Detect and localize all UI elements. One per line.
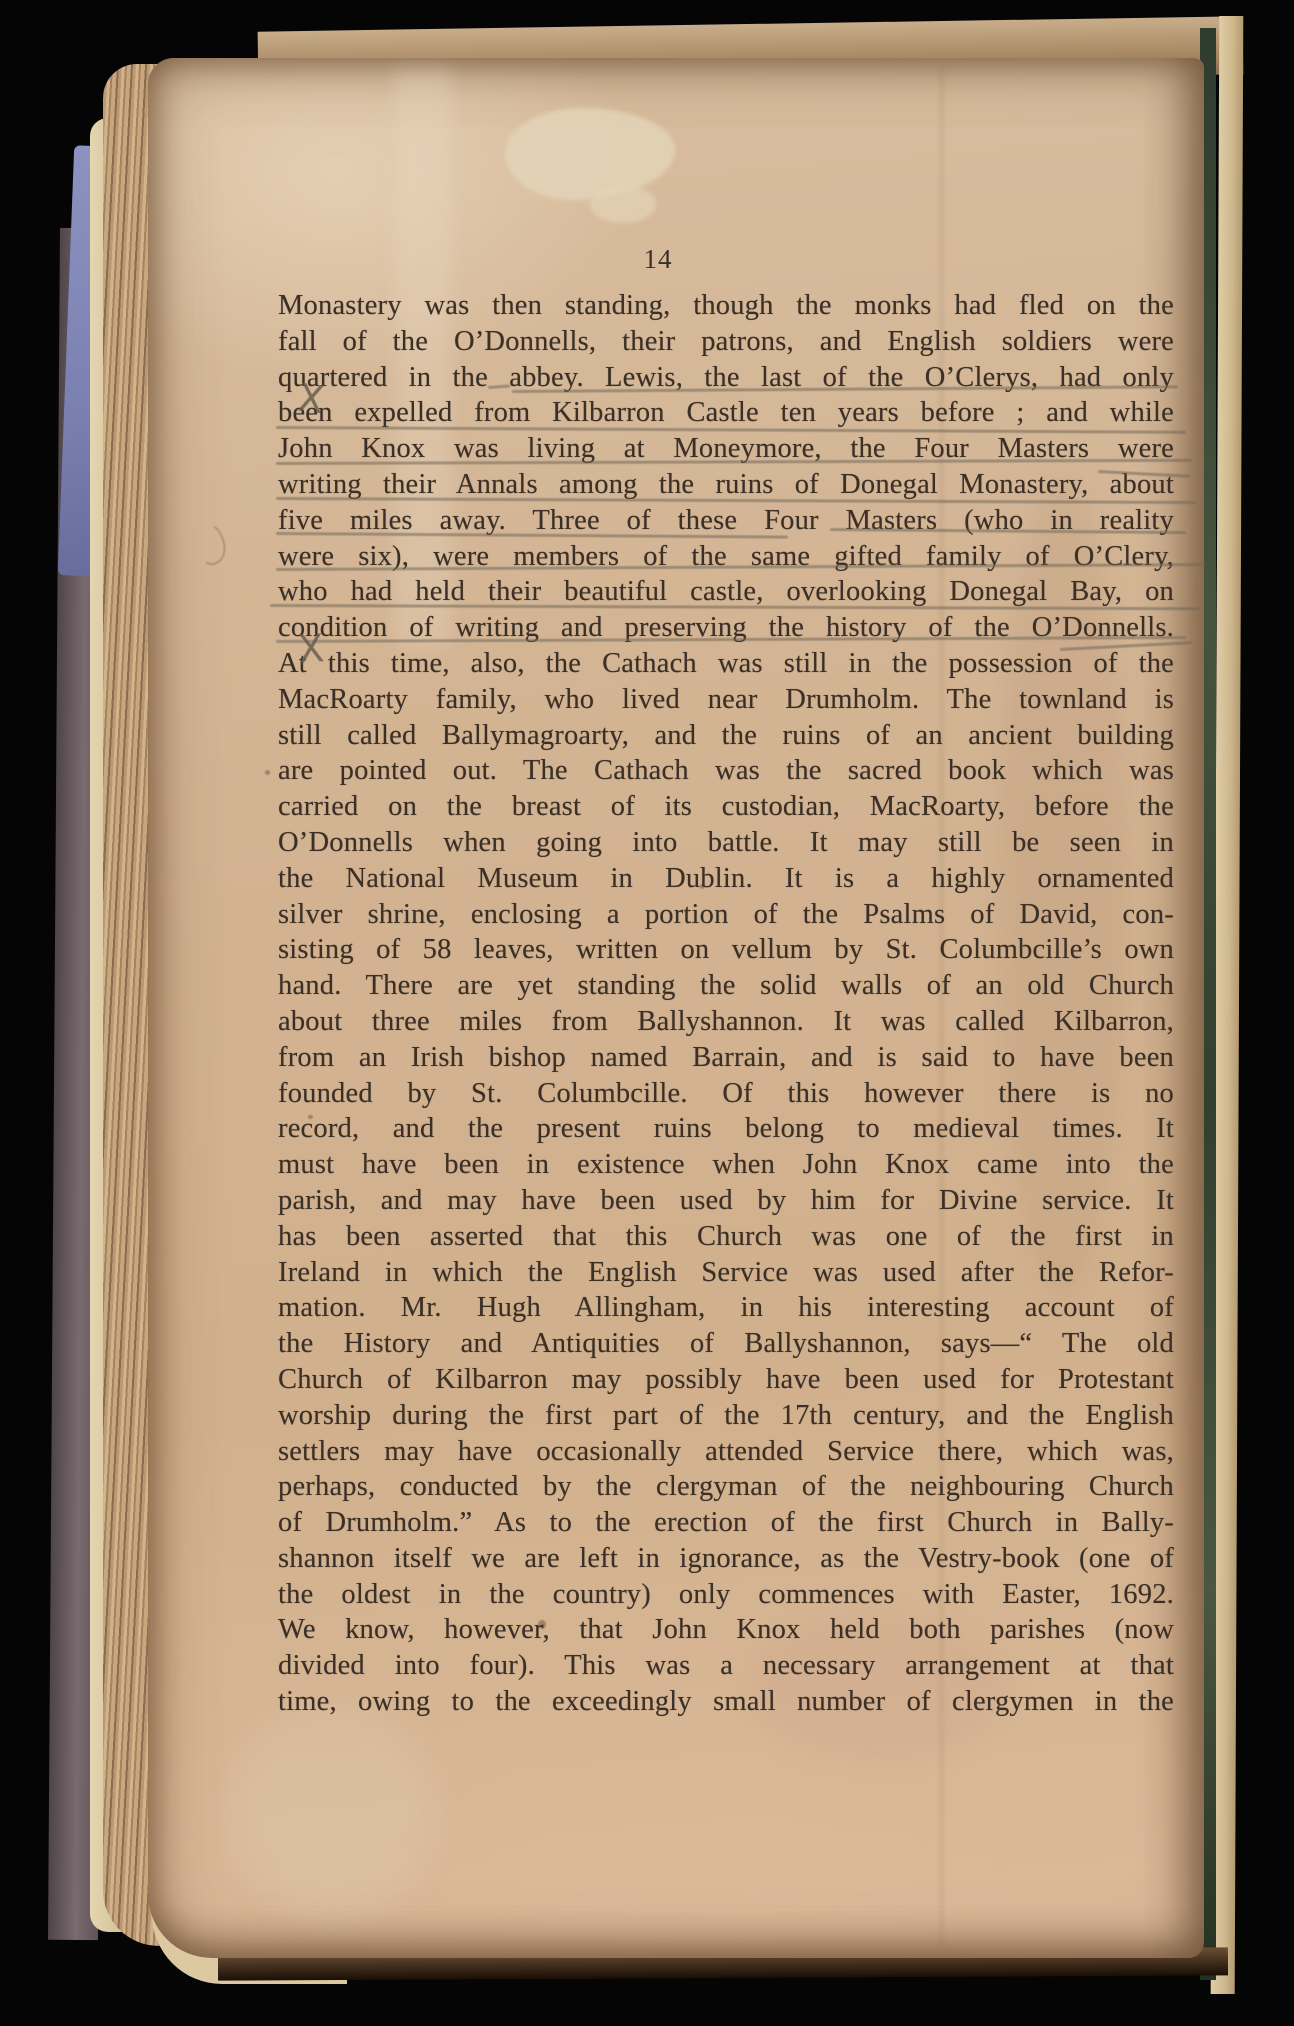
text-line: must have been in existence when John Kn… <box>278 1147 1174 1183</box>
text-line: mation. Mr. Hugh Allingham, in his inter… <box>278 1290 1174 1326</box>
text-line: perhaps, conducted by the clergyman of t… <box>278 1469 1174 1505</box>
book-scan-photo: 14 Monastery was then standing, though t… <box>0 0 1294 2026</box>
text-line: divided into four). This was a necessary… <box>278 1648 1174 1684</box>
text-line: parish, and may have been used by him fo… <box>278 1183 1174 1219</box>
paper-stain <box>505 108 675 200</box>
book-page: 14 Monastery was then standing, though t… <box>148 58 1204 1958</box>
text-line: from an Irish bishop named Barrain, and … <box>278 1040 1174 1076</box>
text-line: still called Ballymagroarty, and the rui… <box>278 718 1174 754</box>
text-line: record, and the present ruins belong to … <box>278 1111 1174 1147</box>
paper-blotch <box>228 1708 438 1918</box>
text-line: We know, however, that John Knox held bo… <box>278 1612 1174 1648</box>
text-line: the National Museum in Dublin. It is a h… <box>278 861 1174 897</box>
text-line: settlers may have occasionally attended … <box>278 1434 1174 1470</box>
text-line: of Drumholm.” As to the erection of the … <box>278 1505 1174 1541</box>
text-line: At this time, also, the Cathach was stil… <box>278 646 1174 682</box>
text-line: O’Donnells when going into battle. It ma… <box>278 825 1174 861</box>
page-number: 14 <box>598 244 718 275</box>
text-line: fall of the O’Donnells, their patrons, a… <box>278 324 1174 360</box>
text-line: time, owing to the exceedingly small num… <box>278 1684 1174 1720</box>
text-line: silver shrine, enclosing a portion of th… <box>278 897 1174 933</box>
text-line: Ireland in which the English Service was… <box>278 1255 1174 1291</box>
text-line: Church of Kilbarron may possibly have be… <box>278 1362 1174 1398</box>
pencil-x-mark: X <box>296 379 326 420</box>
text-line: the oldest in the country) only commence… <box>278 1577 1174 1613</box>
text-line: about three miles from Ballyshannon. It … <box>278 1004 1174 1040</box>
text-line: has been asserted that this Church was o… <box>278 1219 1174 1255</box>
text-line: sisting of 58 leaves, written on vellum … <box>278 932 1174 968</box>
text-line: worship during the first part of the 17t… <box>278 1398 1174 1434</box>
text-line: are pointed out. The Cathach was the sac… <box>278 753 1174 789</box>
paper-stain <box>590 185 656 223</box>
text-line: Monastery was then standing, though the … <box>278 288 1174 324</box>
pencil-x-mark: X <box>297 629 326 669</box>
paper-speck <box>265 770 270 775</box>
text-line: hand. There are yet standing the solid w… <box>278 968 1174 1004</box>
text-line: founded by St. Columbcille. Of this howe… <box>278 1076 1174 1112</box>
pencil-scribble-mark <box>189 521 232 569</box>
text-line: the History and Antiquities of Ballyshan… <box>278 1326 1174 1362</box>
text-line: MacRoarty family, who lived near Drumhol… <box>278 682 1174 718</box>
text-line: shannon itself we are left in ignorance,… <box>278 1541 1174 1577</box>
text-line: carried on the breast of its custodian, … <box>278 789 1174 825</box>
